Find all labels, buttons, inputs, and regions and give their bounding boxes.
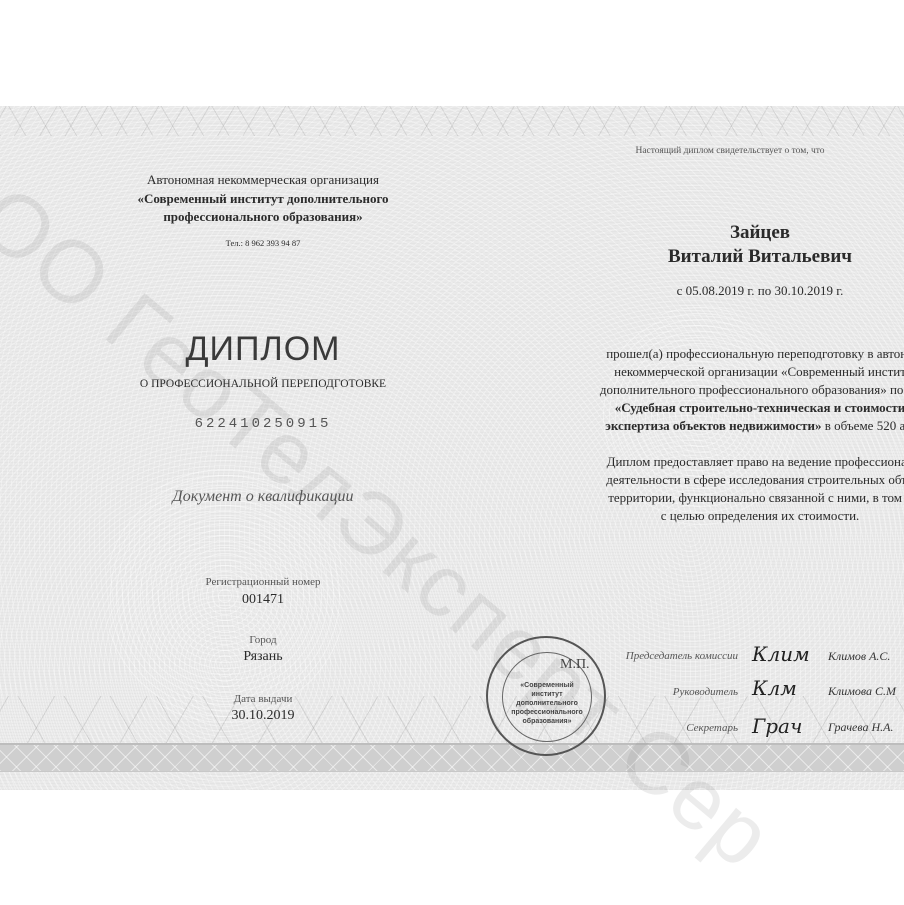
stamp-line: дополнительного: [503, 699, 591, 708]
top-ornament-band: [0, 106, 904, 136]
qualification-doc-label: Документ о квалификации: [98, 488, 428, 506]
org-phone: Тел.: 8 962 393 94 87: [98, 238, 428, 248]
training-period: с 05.08.2019 г. по 30.10.2019 г.: [560, 283, 904, 299]
signature-name-chairman: Климов А.С.: [828, 649, 890, 664]
city-label: Город: [98, 634, 428, 646]
bottom-border-strip: [0, 743, 904, 772]
org-name-line2: профессионального образования»: [98, 208, 428, 226]
official-stamp: «Современный институт дополнительного пр…: [486, 636, 606, 756]
para1-line2: некоммерческой организации «Современный …: [500, 363, 904, 381]
stamp-text: «Современный институт дополнительного пр…: [503, 681, 591, 726]
registration-label: Регистрационный номер: [98, 576, 428, 588]
issue-date: 30.10.2019: [98, 708, 428, 724]
signature-role-secretary: Секретарь: [598, 722, 738, 734]
para1-line3: дополнительного профессионального образо…: [500, 381, 904, 399]
diploma-title: ДИПЛОМ: [98, 330, 428, 369]
serial-number: 622410250915: [98, 416, 428, 432]
stamp-line: профессионального: [503, 708, 591, 717]
recipient-given-names: Виталий Витальевич: [560, 246, 904, 268]
para2-line2: деятельности в сфере исследования строит…: [480, 471, 904, 489]
para2-line4: с целью определения их стоимости.: [480, 507, 904, 525]
signature-role-chairman: Председатель комиссии: [598, 650, 738, 662]
program-hours: в объеме 520 ак.: [822, 418, 904, 433]
stamp-line: образования»: [503, 717, 591, 726]
signature-name-director: Климова С.М: [828, 684, 896, 699]
stamp-line: институт: [503, 690, 591, 699]
issue-date-label: Дата выдачи: [98, 693, 428, 705]
signature-chairman: Клим: [752, 642, 810, 666]
org-name: «Современный институт дополнительного пр…: [98, 190, 428, 226]
stamp-line: «Современный: [503, 681, 591, 690]
signature-director: Клм: [752, 676, 797, 700]
seal-mark: М.П.: [560, 657, 590, 673]
para1-line1: прошел(а) профессиональную переподготовк…: [500, 345, 904, 363]
diploma-subtitle: О ПРОФЕССИОНАЛЬНОЙ ПЕРЕПОДГОТОВКЕ: [98, 378, 428, 390]
rights-paragraph: Диплом предоставляет право на ведение пр…: [480, 453, 904, 525]
signature-role-director: Руководитель: [598, 686, 738, 698]
para2-line1: Диплом предоставляет право на ведение пр…: [480, 453, 904, 471]
training-paragraph: прошел(а) профессиональную переподготовк…: [500, 345, 904, 435]
program-line2: экспертиза объектов недвижимости»: [605, 418, 821, 433]
signature-name-secretary: Грачева Н.А.: [828, 720, 894, 735]
signature-secretary: Грач: [752, 714, 802, 738]
para2-line3: территории, функционально связанной с ни…: [480, 489, 904, 507]
certifies-text: Настоящий диплом свидетельствует о том, …: [560, 146, 900, 156]
program-line1: «Судебная строительно-техническая и стои…: [615, 400, 904, 415]
recipient-surname: Зайцев: [560, 222, 904, 244]
registration-number: 001471: [98, 592, 428, 608]
city-value: Рязань: [98, 649, 428, 665]
org-type: Автономная некоммерческая организация: [98, 172, 428, 188]
org-name-line1: «Современный институт дополнительного: [98, 190, 428, 208]
